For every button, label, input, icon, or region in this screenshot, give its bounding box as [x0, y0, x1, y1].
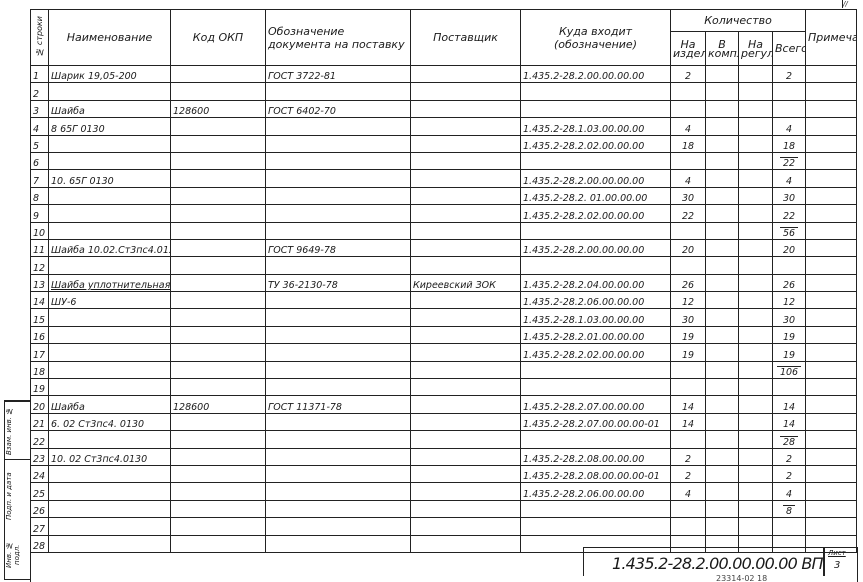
qty-reserve [739, 292, 773, 309]
doc-designation [266, 465, 411, 482]
qty-in-sets [706, 170, 739, 187]
where-used: 1.435.2-28.2.00.00.00.00 [521, 66, 671, 83]
doc-designation: ГОСТ 9649-78 [266, 239, 411, 256]
note [806, 274, 857, 291]
note [806, 500, 857, 517]
header-doc-designation: Обозначение документа на поставку [266, 10, 411, 66]
item-name [49, 465, 171, 482]
note [806, 431, 857, 448]
qty-total: 22 [773, 205, 806, 222]
row-number: 20 [31, 396, 49, 413]
qty-per-product: 20 [671, 239, 706, 256]
note [806, 135, 857, 152]
qty-per-product: 14 [671, 413, 706, 430]
table-row: 268 [31, 500, 857, 517]
doc-designation [266, 326, 411, 343]
side-strip-signature: Подп. и дата [5, 459, 30, 532]
note [806, 448, 857, 465]
item-name: Шарик 19,05-200 [49, 66, 171, 83]
note [806, 239, 857, 256]
row-number: 3 [31, 100, 49, 117]
item-name: 8 65Г 0130 [49, 118, 171, 135]
where-used [521, 379, 671, 396]
qty-per-product [671, 222, 706, 239]
where-used [521, 518, 671, 535]
sheet-number: 3 [834, 560, 840, 571]
qty-per-product: 4 [671, 118, 706, 135]
table-row: 91.435.2-28.2.02.00.00.002222 [31, 205, 857, 222]
table-row: 23 10. 02 Ст3пс4.01301.435.2-28.2.08.00.… [31, 448, 857, 465]
supplier [411, 326, 521, 343]
qty-in-sets [706, 344, 739, 361]
qty-reserve [739, 66, 773, 83]
supplier [411, 257, 521, 274]
where-used: 1.435.2-28.2.00.00.00.00 [521, 170, 671, 187]
note [806, 152, 857, 169]
qty-in-sets [706, 292, 739, 309]
qty-total: 56 [773, 222, 806, 239]
table-row: 2228 [31, 431, 857, 448]
header-supplier: Поставщик [411, 10, 521, 66]
table-row: 11Шайба 10.02.Ст3пс4.0130ГОСТ 9649-781.4… [31, 239, 857, 256]
qty-in-sets [706, 361, 739, 378]
okp-code: 128600 [171, 396, 266, 413]
row-number: 9 [31, 205, 49, 222]
qty-in-sets [706, 274, 739, 291]
qty-in-sets [706, 135, 739, 152]
okp-code [171, 326, 266, 343]
where-used: 1.435.2-28.2.08.00.00.00-01 [521, 465, 671, 482]
where-used [521, 500, 671, 517]
okp-code: 128600 [171, 100, 266, 117]
qty-per-product: 4 [671, 483, 706, 500]
qty-total: 4 [773, 170, 806, 187]
where-used: 1.435.2-28.2.00.00.00.00 [521, 239, 671, 256]
table-row: 19 [31, 379, 857, 396]
doc-designation [266, 518, 411, 535]
qty-reserve [739, 239, 773, 256]
item-name: Шайба уплотнительная [49, 274, 171, 291]
qty-reserve [739, 465, 773, 482]
note [806, 170, 857, 187]
qty-reserve [739, 170, 773, 187]
doc-designation [266, 135, 411, 152]
doc-designation [266, 292, 411, 309]
header-name: Наименование [49, 10, 171, 66]
supplier [411, 309, 521, 326]
qty-reserve [739, 100, 773, 117]
qty-in-sets [706, 205, 739, 222]
qty-in-sets [706, 518, 739, 535]
row-number: 21 [31, 413, 49, 430]
qty-in-sets [706, 83, 739, 100]
qty-total: 28 [773, 431, 806, 448]
qty-reserve [739, 152, 773, 169]
where-used: 1.435.2-28.2.06.00.00.00 [521, 292, 671, 309]
doc-designation [266, 83, 411, 100]
supplier [411, 118, 521, 135]
row-number: 18 [31, 361, 49, 378]
corner-mark: // [842, 0, 857, 8]
qty-per-product: 14 [671, 396, 706, 413]
row-number: 15 [31, 309, 49, 326]
qty-per-product: 26 [671, 274, 706, 291]
where-used [521, 100, 671, 117]
where-used [521, 152, 671, 169]
qty-total [773, 518, 806, 535]
note [806, 66, 857, 83]
qty-per-product: 19 [671, 344, 706, 361]
supplier [411, 239, 521, 256]
table-row: 1Шарик 19,05-200ГОСТ 3722-811.435.2-28.2… [31, 66, 857, 83]
okp-code [171, 274, 266, 291]
note [806, 344, 857, 361]
note [806, 187, 857, 204]
qty-per-product: 19 [671, 326, 706, 343]
note [806, 205, 857, 222]
table-row: 14 ШУ-61.435.2-28.2.06.00.00.001212 [31, 292, 857, 309]
where-used: 1.435.2-28.2.04.00.00.00 [521, 274, 671, 291]
supplier [411, 535, 521, 552]
note [806, 222, 857, 239]
row-number: 5 [31, 135, 49, 152]
qty-reserve [739, 431, 773, 448]
table-row: 4 8 65Г 01301.435.2-28.1.03.00.00.0044 [31, 118, 857, 135]
qty-in-sets [706, 152, 739, 169]
where-used: 1.435.2-28.1.03.00.00.00 [521, 309, 671, 326]
table-row: 20Шайба128600ГОСТ 11371-781.435.2-28.2.0… [31, 396, 857, 413]
okp-code [171, 66, 266, 83]
document-designation: 1.435.2-28.2.00.00.00.00 ВП [612, 554, 823, 573]
item-name [49, 518, 171, 535]
okp-code [171, 187, 266, 204]
note [806, 100, 857, 117]
row-number: 22 [31, 431, 49, 448]
supplier [411, 187, 521, 204]
row-number: 17 [31, 344, 49, 361]
supplier [411, 292, 521, 309]
supplier [411, 396, 521, 413]
where-used [521, 222, 671, 239]
okp-code [171, 83, 266, 100]
qty-total: 8 [773, 500, 806, 517]
where-used: 1.435.2-28.2. 01.00.00.00 [521, 187, 671, 204]
qty-per-product: 22 [671, 205, 706, 222]
item-name [49, 326, 171, 343]
qty-in-sets [706, 309, 739, 326]
okp-code [171, 361, 266, 378]
qty-total: 30 [773, 187, 806, 204]
qty-total: 30 [773, 309, 806, 326]
supplier [411, 448, 521, 465]
qty-reserve [739, 83, 773, 100]
qty-reserve [739, 135, 773, 152]
qty-in-sets [706, 448, 739, 465]
table-row: 3Шайба128600ГОСТ 6402-70 [31, 100, 857, 117]
qty-per-product [671, 257, 706, 274]
item-name [49, 431, 171, 448]
qty-reserve [739, 118, 773, 135]
supplier [411, 135, 521, 152]
row-number: 8 [31, 187, 49, 204]
qty-reserve [739, 483, 773, 500]
qty-reserve [739, 344, 773, 361]
header-code-okp: Код ОКП [171, 10, 266, 66]
where-used: 1.435.2-28.2.02.00.00.00 [521, 135, 671, 152]
qty-per-product: 18 [671, 135, 706, 152]
qty-per-product: 4 [671, 170, 706, 187]
row-number: 11 [31, 239, 49, 256]
note [806, 326, 857, 343]
row-number: 23 [31, 448, 49, 465]
where-used: 1.435.2-28.2.02.00.00.00 [521, 344, 671, 361]
doc-designation [266, 222, 411, 239]
side-strip: Взам. инв. № Подп. и дата Инв. № подл. [4, 400, 30, 580]
item-name: 6. 02 Ст3пс4. 0130 [49, 413, 171, 430]
qty-reserve [739, 274, 773, 291]
doc-designation [266, 205, 411, 222]
table-row: 622 [31, 152, 857, 169]
where-used [521, 431, 671, 448]
note [806, 413, 857, 430]
subtotal-value: 56 [780, 227, 798, 239]
row-number: 25 [31, 483, 49, 500]
note [806, 361, 857, 378]
item-name [49, 205, 171, 222]
supplier [411, 361, 521, 378]
okp-code [171, 152, 266, 169]
note [806, 396, 857, 413]
qty-in-sets [706, 500, 739, 517]
table-row: 51.435.2-28.2.02.00.00.001818 [31, 135, 857, 152]
qty-per-product [671, 431, 706, 448]
row-number: 27 [31, 518, 49, 535]
side-strip-replacement: Взам. инв. № [5, 401, 30, 460]
row-number: 19 [31, 379, 49, 396]
okp-code [171, 448, 266, 465]
item-name [49, 483, 171, 500]
where-used: 1.435.2-28.2.08.00.00.00 [521, 448, 671, 465]
row-number: 4 [31, 118, 49, 135]
qty-per-product [671, 518, 706, 535]
note [806, 292, 857, 309]
specification-table: № строки Наименование Код ОКП Обозначени… [30, 9, 857, 553]
qty-in-sets [706, 431, 739, 448]
table-row: 12 [31, 257, 857, 274]
item-name [49, 135, 171, 152]
row-number: 1 [31, 66, 49, 83]
header-note: Примечание [806, 10, 857, 66]
qty-total: 12 [773, 292, 806, 309]
item-name: 10. 02 Ст3пс4.0130 [49, 448, 171, 465]
doc-designation [266, 483, 411, 500]
doc-designation [266, 344, 411, 361]
supplier [411, 83, 521, 100]
qty-total: 14 [773, 396, 806, 413]
qty-total: 2 [773, 465, 806, 482]
supplier [411, 100, 521, 117]
table-row: 81.435.2-28.2. 01.00.00.003030 [31, 187, 857, 204]
where-used: 1.435.2-28.2.06.00.00.00 [521, 483, 671, 500]
supplier [411, 152, 521, 169]
item-name: ШУ-6 [49, 292, 171, 309]
where-used [521, 361, 671, 378]
qty-in-sets [706, 465, 739, 482]
supplier [411, 413, 521, 430]
table-row: 2 [31, 83, 857, 100]
item-name [49, 379, 171, 396]
supplier [411, 431, 521, 448]
qty-per-product: 30 [671, 309, 706, 326]
table-row: 171.435.2-28.2.02.00.00.001919 [31, 344, 857, 361]
qty-per-product: 2 [671, 66, 706, 83]
qty-total: 2 [773, 448, 806, 465]
qty-total: 22 [773, 152, 806, 169]
table-row: 161.435.2-28.2.01.00.00.001919 [31, 326, 857, 343]
title-block: 1.435.2-28.2.00.00.00.00 ВП [583, 547, 825, 576]
where-used: 1.435.2-28.2.07.00.00.00 [521, 396, 671, 413]
doc-designation [266, 309, 411, 326]
where-used: 1.435.2-28.2.07.00.00.00-01 [521, 413, 671, 430]
supplier [411, 344, 521, 361]
row-number: 6 [31, 152, 49, 169]
row-number: 7 [31, 170, 49, 187]
doc-designation: ГОСТ 3722-81 [266, 66, 411, 83]
doc-designation: ГОСТ 11371-78 [266, 396, 411, 413]
qty-total [773, 100, 806, 117]
qty-reserve [739, 518, 773, 535]
side-strip-inventory: Инв. № подл. [5, 531, 30, 578]
table-row: 251.435.2-28.2.06.00.00.0044 [31, 483, 857, 500]
table-row: 1056 [31, 222, 857, 239]
okp-code [171, 309, 266, 326]
note [806, 118, 857, 135]
supplier [411, 518, 521, 535]
okp-code [171, 222, 266, 239]
doc-designation [266, 187, 411, 204]
where-used: 1.435.2-28.2.02.00.00.00 [521, 205, 671, 222]
okp-code [171, 239, 266, 256]
qty-per-product [671, 379, 706, 396]
qty-reserve [739, 187, 773, 204]
doc-designation [266, 535, 411, 552]
header-qty-per-product: На изделие [671, 32, 706, 66]
qty-reserve [739, 257, 773, 274]
note [806, 309, 857, 326]
doc-designation [266, 361, 411, 378]
item-name [49, 535, 171, 552]
qty-total: 19 [773, 326, 806, 343]
qty-in-sets [706, 100, 739, 117]
doc-designation [266, 413, 411, 430]
table-row: 18106 [31, 361, 857, 378]
qty-total: 4 [773, 118, 806, 135]
doc-designation [266, 170, 411, 187]
header-qty-reserve: На регулир. [739, 32, 773, 66]
supplier [411, 222, 521, 239]
qty-total: 2 [773, 66, 806, 83]
qty-total: 26 [773, 274, 806, 291]
item-name: Шайба [49, 396, 171, 413]
qty-reserve [739, 500, 773, 517]
qty-reserve [739, 361, 773, 378]
qty-per-product [671, 83, 706, 100]
okp-code [171, 500, 266, 517]
supplier [411, 483, 521, 500]
qty-total: 4 [773, 483, 806, 500]
table-row: 151.435.2-28.1.03.00.00.003030 [31, 309, 857, 326]
item-name [49, 83, 171, 100]
doc-designation [266, 431, 411, 448]
qty-per-product [671, 100, 706, 117]
row-number: 28 [31, 535, 49, 552]
qty-in-sets [706, 257, 739, 274]
qty-total: 18 [773, 135, 806, 152]
subtotal-value: 28 [780, 436, 798, 448]
item-name [49, 309, 171, 326]
note [806, 483, 857, 500]
qty-reserve [739, 222, 773, 239]
header-quantity: Количество [671, 10, 806, 32]
qty-total [773, 379, 806, 396]
okp-code [171, 431, 266, 448]
note [806, 257, 857, 274]
okp-code [171, 483, 266, 500]
item-name [49, 257, 171, 274]
item-name: Шайба [49, 100, 171, 117]
okp-code [171, 292, 266, 309]
row-number: 24 [31, 465, 49, 482]
qty-per-product [671, 500, 706, 517]
subtotal-value: 106 [777, 366, 801, 378]
doc-designation [266, 500, 411, 517]
subtotal-value: 22 [780, 157, 798, 169]
qty-per-product: 12 [671, 292, 706, 309]
row-number: 16 [31, 326, 49, 343]
qty-reserve [739, 396, 773, 413]
subtotal-value: 8 [783, 505, 795, 517]
where-used: 1.435.2-28.1.03.00.00.00 [521, 118, 671, 135]
qty-in-sets [706, 413, 739, 430]
doc-designation [266, 118, 411, 135]
table-row: 27 [31, 518, 857, 535]
specification-rows: 1Шарик 19,05-200ГОСТ 3722-811.435.2-28.2… [31, 66, 857, 553]
qty-in-sets [706, 396, 739, 413]
qty-reserve [739, 326, 773, 343]
qty-in-sets [706, 222, 739, 239]
qty-total: 106 [773, 361, 806, 378]
qty-reserve [739, 309, 773, 326]
okp-code [171, 465, 266, 482]
qty-total: 19 [773, 344, 806, 361]
qty-total [773, 257, 806, 274]
doc-designation [266, 448, 411, 465]
okp-code [171, 257, 266, 274]
qty-in-sets [706, 187, 739, 204]
item-name: Шайба 10.02.Ст3пс4.0130 [49, 239, 171, 256]
item-name [49, 152, 171, 169]
item-name [49, 500, 171, 517]
okp-code [171, 535, 266, 552]
qty-per-product: 2 [671, 448, 706, 465]
item-name [49, 344, 171, 361]
qty-reserve [739, 448, 773, 465]
qty-total: 14 [773, 413, 806, 430]
item-name [49, 361, 171, 378]
note [806, 379, 857, 396]
sheet-label: Лист [828, 549, 846, 557]
where-used [521, 83, 671, 100]
